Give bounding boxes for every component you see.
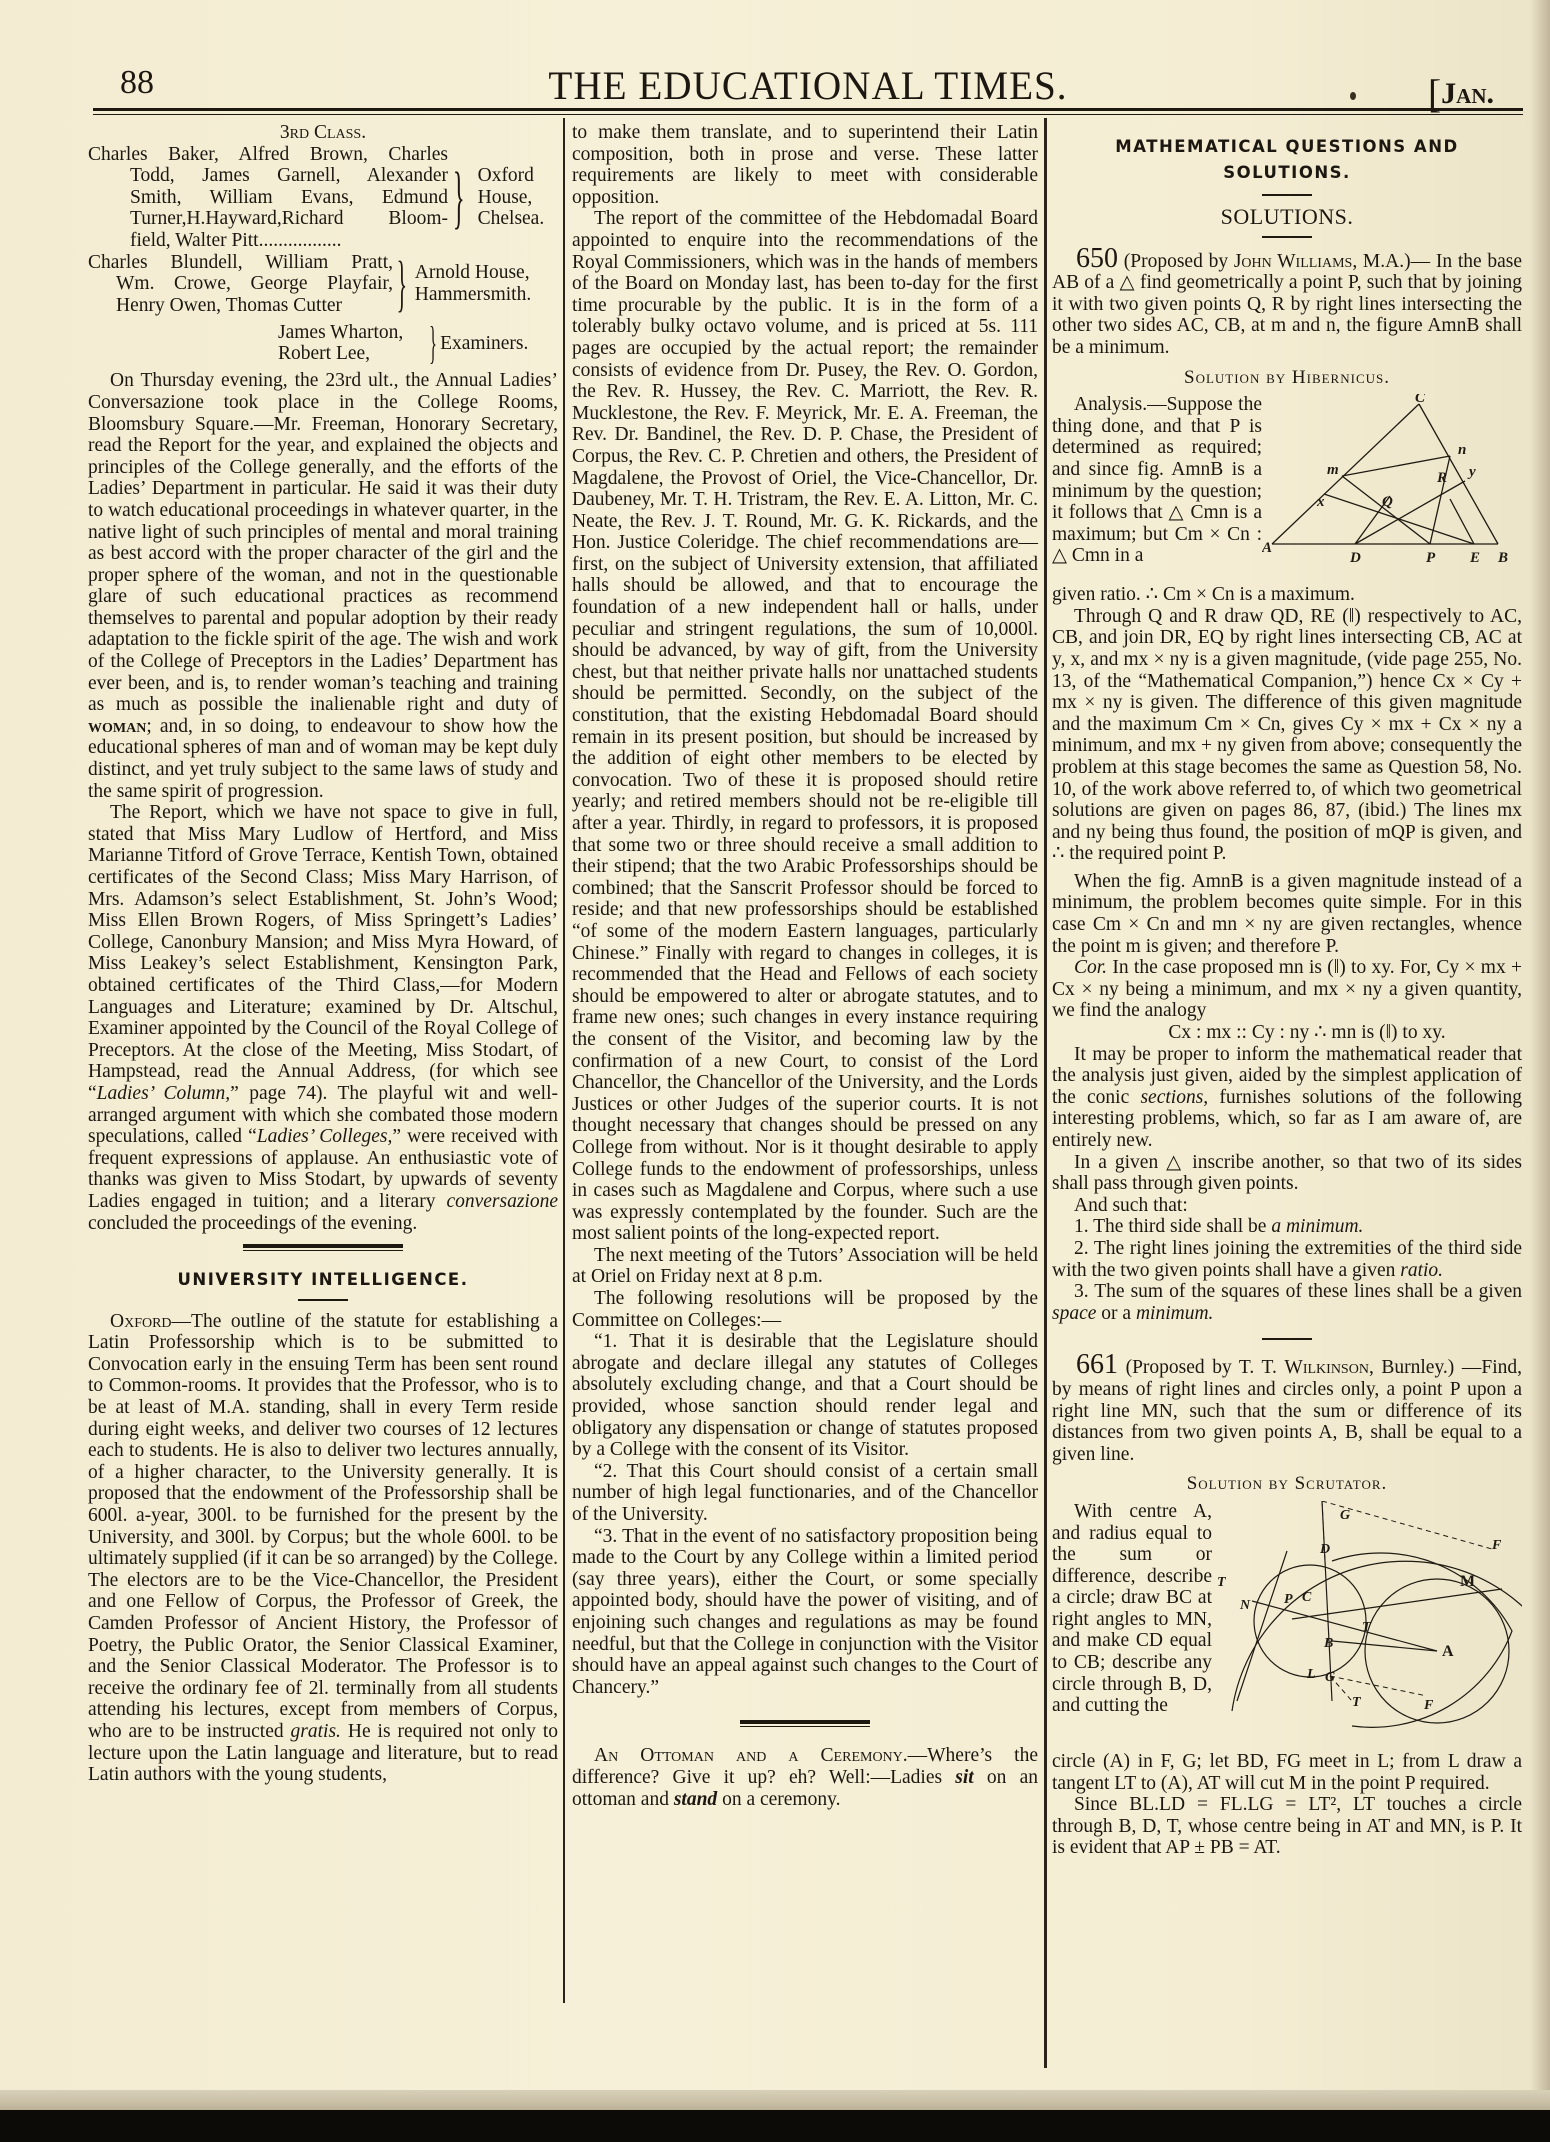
svg-text:D: D (1319, 1542, 1330, 1557)
short-divider (1262, 1338, 1312, 1340)
analysis-conclusion: given ratio. ∴ Cm × Cn is a maximum. (1052, 584, 1522, 606)
problem-item-2: 2. The right lines joining the extremiti… (1052, 1238, 1522, 1281)
svg-text:N: N (1239, 1598, 1251, 1613)
question-650-statement: 650 (Proposed by John Williams, M.A.)— I… (1052, 248, 1522, 359)
brace-icon: } (453, 163, 465, 233)
problem-item-3: 3. The sum of the squares of these lines… (1052, 1281, 1522, 1324)
name-list: Charles Blundell, William Pratt, Wm. Cro… (88, 252, 393, 317)
svg-text:m: m (1327, 462, 1339, 478)
paragraph-resolutions-intro: The following resolutions will be propos… (572, 1288, 1038, 1331)
school-name: Oxford House, Chelsea. (470, 165, 545, 230)
solution-continuation: circle (A) in F, G; let BD, FG meet in L… (1052, 1751, 1522, 1794)
paragraph-tutors-association: The next meeting of the Tutors’ Associat… (572, 1245, 1038, 1288)
svg-text:F: F (1423, 1698, 1434, 1713)
section-divider-thin (740, 1726, 870, 1727)
ink-speck (1350, 92, 1356, 100)
svg-text:B: B (1323, 1636, 1333, 1651)
scan-background (0, 2110, 1550, 2142)
paragraph-conic-sections: It may be proper to inform the mathemati… (1052, 1044, 1522, 1152)
svg-text:x: x (1316, 494, 1325, 510)
svg-text:n: n (1458, 442, 1466, 458)
publication-title: THE EDUCATIONAL TIMES. (102, 62, 1513, 109)
svg-text:P: P (1284, 1592, 1293, 1607)
question-661-statement: 661 (Proposed by T. T. Wilkinson, Burnle… (1052, 1354, 1522, 1465)
certificate-group-arnold-house: Charles Blundell, William Pratt, Wm. Cro… (88, 252, 558, 317)
svg-text:C: C (1415, 394, 1426, 406)
analogy-formula: Cx : mx :: Cy : ny ∴ mn is (‖) to xy. (1052, 1022, 1522, 1044)
column-3: MATHEMATICAL QUESTIONS AND SOLUTIONS. SO… (1052, 122, 1522, 1859)
class-heading: 3rd Class. (88, 122, 558, 144)
section-divider (740, 1720, 870, 1724)
paragraph-hebdomadal-report: The report of the committee of the Hebdo… (572, 208, 1038, 1245)
paragraph-inscribe: In a given △ inscribe another, so that t… (1052, 1152, 1522, 1195)
paragraph-through-q-and-r: Through Q and R draw QD, RE (‖) respecti… (1052, 606, 1522, 865)
section-title-university-intelligence: UNIVERSITY INTELLIGENCE. (88, 1269, 558, 1291)
page-bottom-edge (0, 2090, 1550, 2110)
paragraph-conversazione: On Thursday evening, the 23rd ult., the … (88, 370, 558, 802)
triangle-geometry-figure: C n m y R Q x A D P E B (1262, 394, 1522, 584)
svg-text:P: P (1426, 550, 1436, 566)
svg-text:E: E (1469, 550, 1480, 566)
svg-text:C: C (1302, 1590, 1312, 1605)
resolution-1: “1. That it is desirable that the Legisl… (572, 1331, 1038, 1461)
and-such-that: And such that: (1052, 1195, 1522, 1217)
header-rule (93, 108, 1523, 111)
svg-text:L: L (1306, 1667, 1316, 1682)
school-name: Arnold House, Hammersmith. (411, 262, 531, 305)
svg-text:A: A (1262, 540, 1272, 556)
paragraph-ottoman-joke: An Ottoman and a Ceremony.—Where’s the d… (572, 1745, 1038, 1810)
problem-item-1: 1. The third side shall be a minimum. (1052, 1216, 1522, 1238)
solution-byline-scrutator: Solution by Scrutator. (1052, 1473, 1522, 1495)
paragraph-given-magnitude: When the fig. AmnB is a given magnitude … (1052, 871, 1522, 957)
svg-text:M: M (1460, 1573, 1475, 1590)
name-list: Charles Baker, Alfred Brown, Charles Tod… (88, 144, 448, 252)
examiners-group: James Wharton, Robert Lee, } Examiners. (278, 320, 558, 366)
svg-text:T: T (1362, 1620, 1372, 1635)
certificate-group-oxford-house: Charles Baker, Alfred Brown, Charles Tod… (88, 144, 558, 252)
analysis-text: Analysis.—Suppose the thing done, and th… (1052, 394, 1262, 584)
svg-text:G: G (1325, 1670, 1335, 1685)
brace-icon: } (397, 253, 407, 315)
resolution-2: “2. That this Court should consist of a … (572, 1461, 1038, 1526)
issue-month: [Jan. (1428, 66, 1494, 113)
column-2: to make them translate, and to superinte… (572, 122, 1038, 1810)
svg-text:T: T (1217, 1575, 1227, 1590)
column-divider-1 (563, 118, 565, 2003)
column-1: 3rd Class. Charles Baker, Alfred Brown, … (88, 122, 558, 1786)
question-number: 650 (1076, 243, 1118, 274)
page-binding-shadow (1530, 0, 1550, 2100)
svg-text:L: L (1316, 1501, 1326, 1503)
circles-geometry-figure: L G F D T M N P C T B A L G T F (1212, 1501, 1522, 1751)
svg-text:R: R (1436, 470, 1447, 486)
examiner-names: James Wharton, Robert Lee, (278, 322, 428, 365)
svg-text:D: D (1349, 550, 1361, 566)
subsection-title-solutions: SOLUTIONS. (1052, 206, 1522, 228)
section-divider (243, 1244, 403, 1248)
svg-text:F: F (1491, 1538, 1502, 1553)
svg-text:Q: Q (1382, 494, 1393, 510)
paragraph-oxford: Oxford—The outline of the statute for es… (88, 1311, 558, 1786)
question-number: 661 (1076, 1349, 1118, 1380)
short-divider (298, 1299, 348, 1301)
short-divider (1262, 194, 1312, 196)
section-title-mathematical-questions: MATHEMATICAL QUESTIONS AND SOLUTIONS. (1052, 134, 1522, 186)
paragraph-report: The Report, which we have not space to g… (88, 802, 558, 1234)
section-divider-thin (243, 1250, 403, 1251)
solution-byline-hibernicus: Solution by Hibernicus. (1052, 367, 1522, 389)
page-header: 88 THE EDUCATIONAL TIMES. [Jan. (88, 62, 1528, 112)
short-divider (1262, 236, 1312, 238)
solution-text: With centre A, and radius equal to the s… (1052, 1501, 1212, 1751)
svg-text:A: A (1442, 1643, 1454, 1660)
svg-text:T: T (1352, 1695, 1362, 1710)
month-label: Jan. (1441, 77, 1494, 110)
examiners-label: Examiners. (438, 333, 528, 355)
solution-with-figure: With centre A, and radius equal to the s… (1052, 1501, 1522, 1751)
svg-text:B: B (1497, 550, 1508, 566)
resolution-3: “3. That in the event of no satisfactory… (572, 1526, 1038, 1699)
corollary: Cor. In the case proposed mn is (‖) to x… (1052, 957, 1522, 1022)
analysis-with-figure: Analysis.—Suppose the thing done, and th… (1052, 394, 1522, 584)
brace-icon: } (429, 320, 437, 366)
column-divider-2 (1044, 118, 1047, 2068)
paragraph-since: Since BL.LD = FL.LG = LT², LT touches a … (1052, 1794, 1522, 1859)
svg-text:G: G (1340, 1508, 1350, 1523)
paragraph-continued: to make them translate, and to superinte… (572, 122, 1038, 208)
svg-text:y: y (1467, 464, 1476, 480)
header-rule-thin (93, 114, 1523, 115)
